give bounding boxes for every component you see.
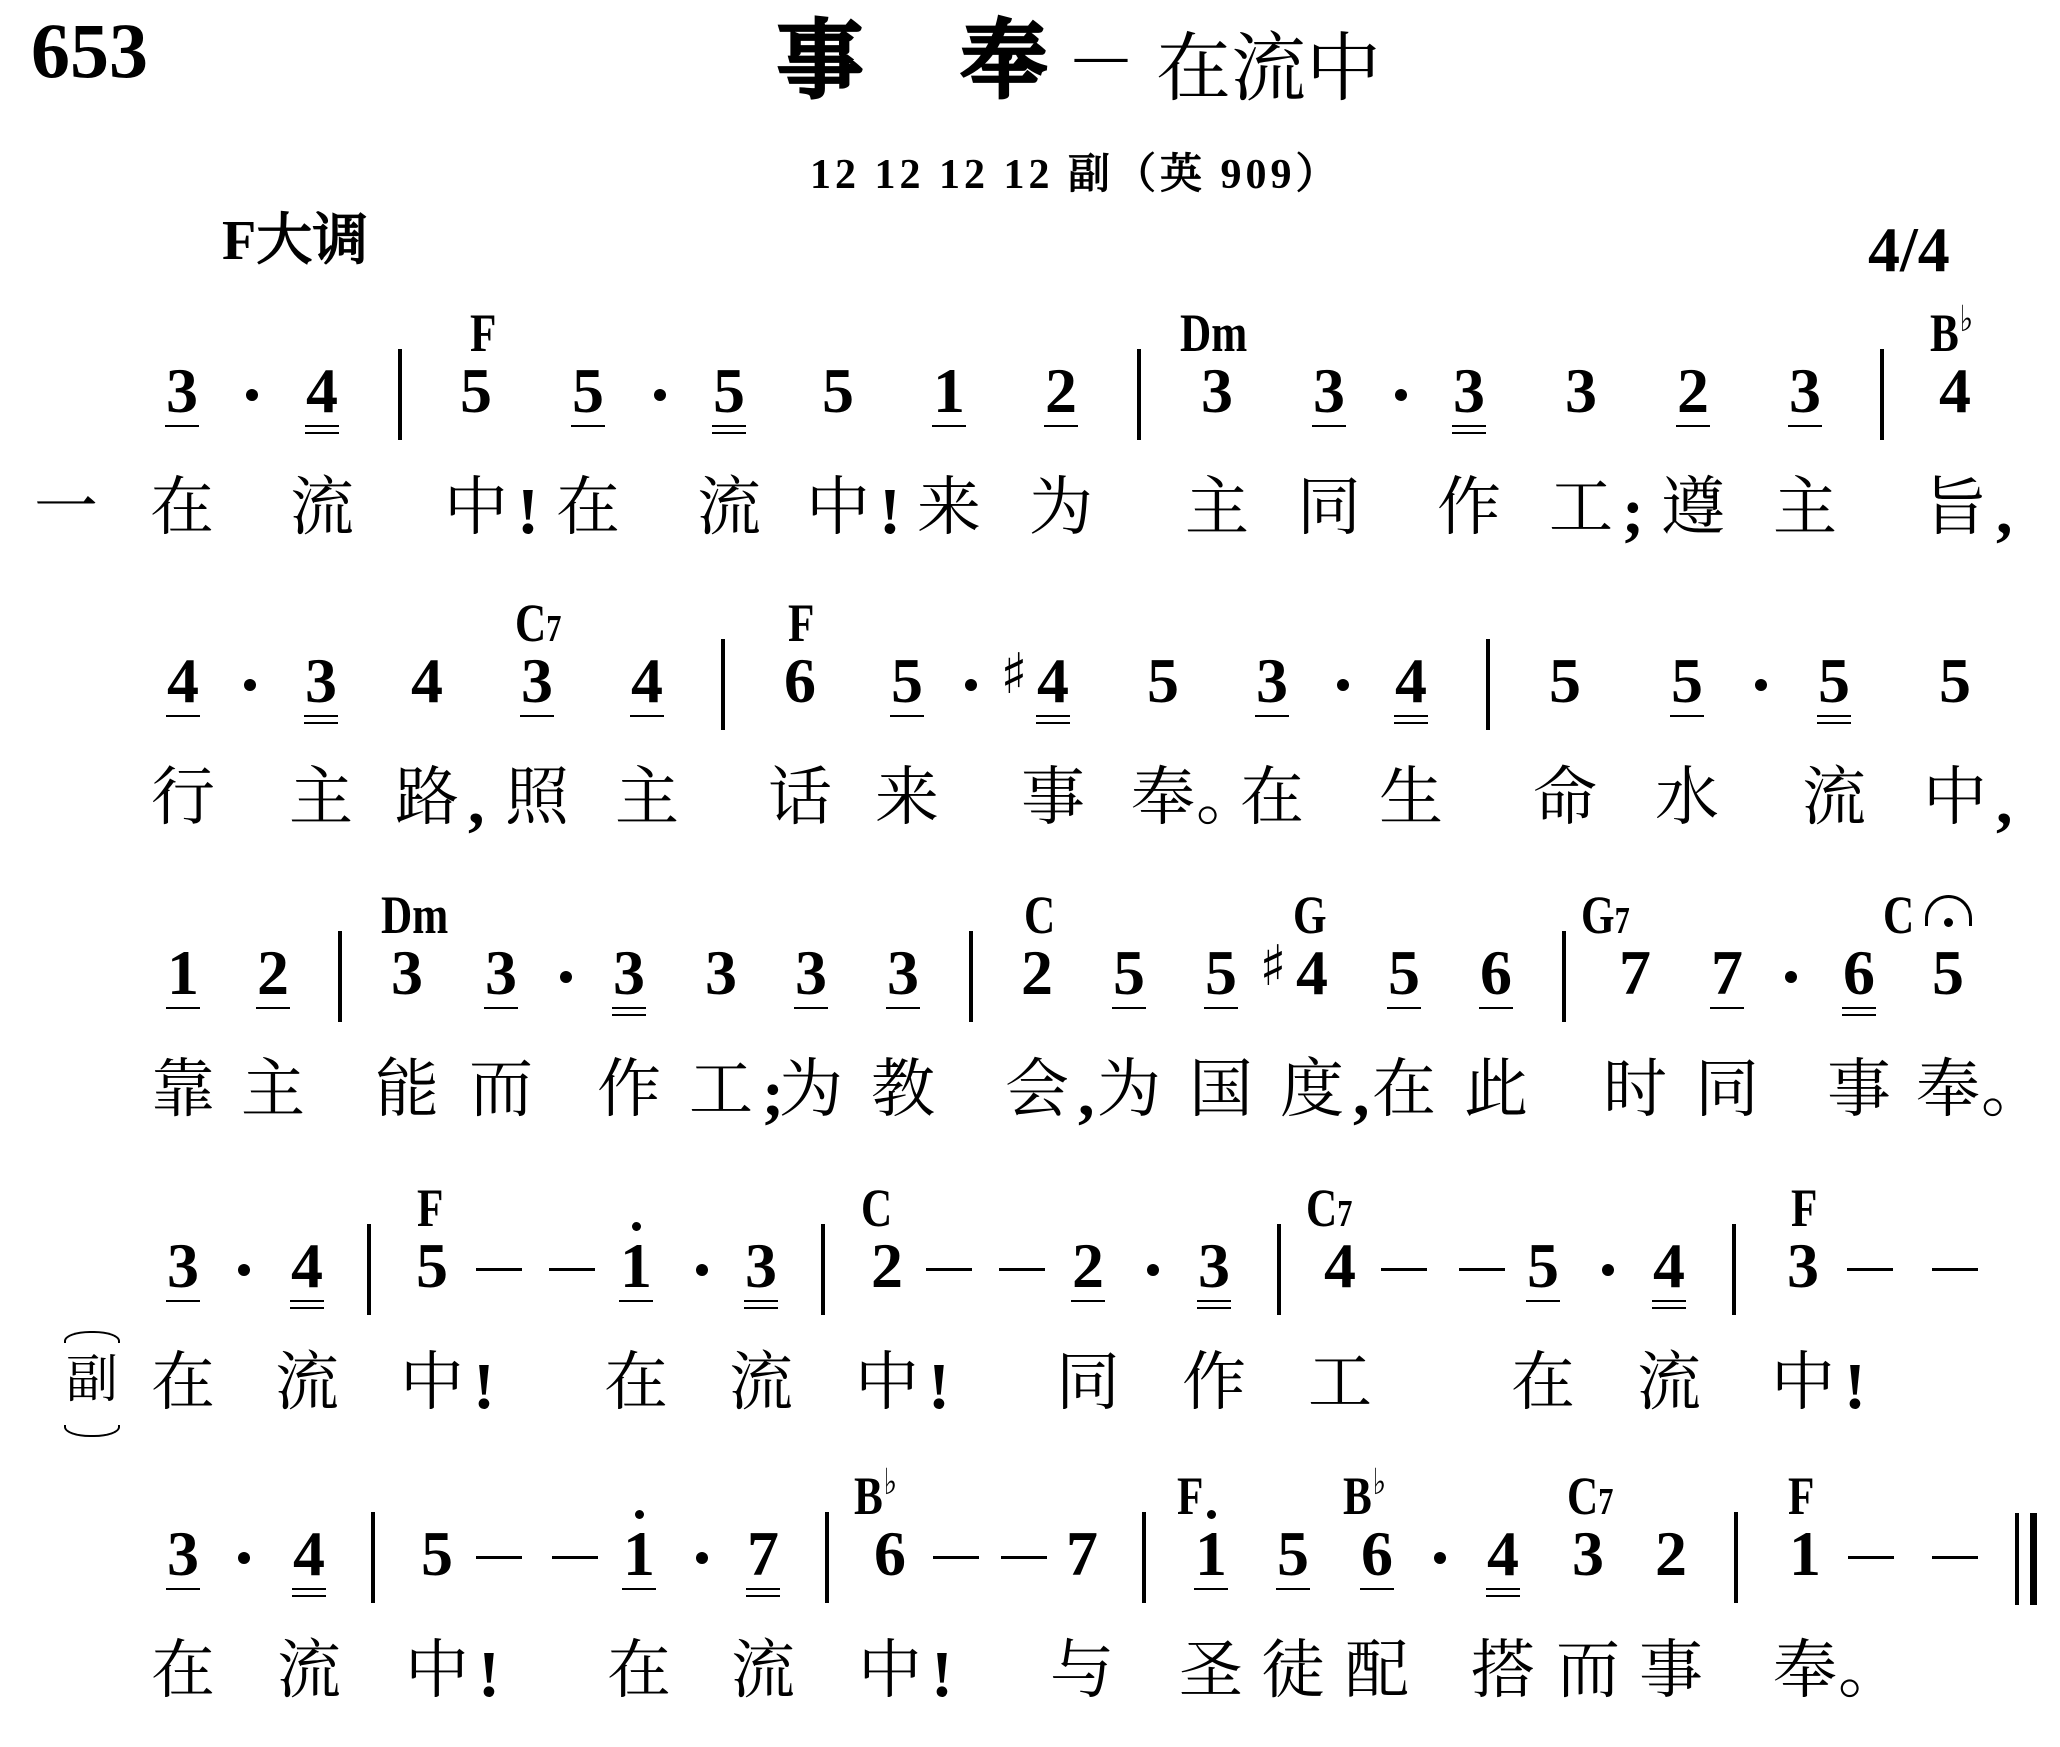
lyric-char: 奉 (1770, 1635, 1840, 1707)
lyric-punctuation: , (1353, 1058, 1370, 1130)
lyric-punctuation: ! (478, 1639, 500, 1711)
augmentation-dot (246, 389, 258, 401)
lyric-punctuation: ! (928, 1351, 950, 1423)
underline-beam (292, 1595, 326, 1597)
note-digit: 5 (1665, 649, 1709, 713)
underline-beam (304, 715, 338, 717)
note: 4 (161, 660, 205, 720)
lyric-syllable: 能 (372, 1054, 442, 1126)
underline-beam (1486, 1588, 1520, 1590)
note-digit: 4 (161, 649, 205, 713)
note-digit: 6 (1474, 941, 1518, 1005)
chord-symbol: B♭ (1930, 306, 1973, 360)
barline (1486, 639, 1490, 730)
underline-beam (630, 715, 664, 717)
lyric-syllable: 命 (1530, 762, 1600, 834)
underline-beam (256, 1007, 290, 1009)
augmentation-dot (238, 1264, 250, 1276)
lyric-char: 事 (1824, 1054, 1894, 1126)
underline-beam (1312, 425, 1346, 427)
chord-root: C (1024, 885, 1055, 945)
underline-beam (1652, 1307, 1686, 1309)
note-digit: 5 (454, 359, 498, 423)
note: 5 (415, 1533, 459, 1593)
lyric-punctuation: , (468, 766, 485, 838)
note-digit: 5 (1199, 941, 1243, 1005)
lyric-syllable: 搭 (1468, 1635, 1538, 1707)
note: 1 (617, 1533, 661, 1593)
underline-beam (1817, 722, 1851, 724)
lyric-punctuation: ! (879, 476, 901, 548)
lyric-syllable: 教 (868, 1054, 938, 1126)
lyric-syllable: 会, (1002, 1054, 1072, 1126)
chord-quality: 7 (546, 608, 561, 650)
lyric-char: 流 (694, 472, 764, 544)
note-digit: 4 (1389, 649, 1433, 713)
note-digit: 3 (1559, 359, 1603, 423)
lyric-syllable: 主 (1182, 472, 1252, 544)
sharp-icon: ♯ (1258, 938, 1288, 996)
octave-dot-icon (1207, 1510, 1216, 1519)
extension-dash (999, 1268, 1045, 1271)
note-digit: 5 (1933, 649, 1977, 713)
lyric-syllable: 在 (601, 1347, 671, 1419)
chord-root: C (861, 1178, 892, 1238)
note-digit: 4 (625, 649, 669, 713)
note: 3 (161, 1245, 205, 1305)
chord-symbol: F (788, 596, 814, 650)
lyric-char: 命 (1530, 762, 1600, 834)
lyric-syllable: 工; (686, 1054, 756, 1126)
flat-icon: ♭ (884, 1462, 898, 1503)
note-digit: 4 (1031, 649, 1075, 713)
underline-beam (1112, 1007, 1146, 1009)
underline-beam (1486, 1595, 1520, 1597)
note-digit: 2 (251, 941, 295, 1005)
note: 4 (1481, 1533, 1525, 1593)
underline-beam (1710, 1007, 1744, 1009)
barline (1734, 1512, 1738, 1603)
lyric-syllable: 来 (872, 762, 942, 834)
note: 3 (789, 952, 833, 1012)
refrain-label-text: 副 (64, 1351, 120, 1409)
note: 3 (1559, 370, 1603, 430)
extension-dash (549, 1268, 595, 1271)
note: 5 (1271, 1533, 1315, 1593)
chord-quality: 7 (1598, 1481, 1613, 1523)
lyric-syllable: 流 (287, 472, 357, 544)
augmentation-dot (1434, 1552, 1446, 1564)
lyric-syllable: 国 (1186, 1054, 1256, 1126)
extension-dash (1848, 1556, 1894, 1559)
chord-root: B (854, 1466, 883, 1526)
barline (1277, 1224, 1281, 1315)
underline-beam (1817, 715, 1851, 717)
note: 5 (1926, 952, 1970, 1012)
extension-dash (552, 1556, 598, 1559)
lyric-char: 在 (604, 1635, 674, 1707)
lyric-char: 度 (1277, 1054, 1347, 1126)
flat-icon: ♭ (1373, 1462, 1387, 1503)
note: 5 (454, 370, 498, 430)
lyric-syllable: 为 (1094, 1054, 1164, 1126)
note-digit: 4 (1647, 1234, 1691, 1298)
note: 6 (868, 1533, 912, 1593)
lyric-char: 靠 (148, 1054, 218, 1126)
lyric-syllable: 来 (914, 472, 984, 544)
chord-quality: m (1211, 303, 1247, 363)
lyric-syllable: 作 (1434, 472, 1504, 544)
note: 5 (1543, 660, 1587, 720)
lyric-syllable: 流 (728, 1635, 798, 1707)
lyric-syllable: 事 (1018, 762, 1088, 834)
note: 5 (885, 660, 929, 720)
lyric-char: 而 (466, 1054, 536, 1126)
note: 7 (741, 1533, 785, 1593)
lyric-syllable: 在 (553, 472, 623, 544)
lyric-char: 事 (1636, 1635, 1706, 1707)
lyric-char: 配 (1342, 1635, 1412, 1707)
note: 7 (1705, 952, 1749, 1012)
lyric-char: 在 (1508, 1347, 1578, 1419)
underline-beam (794, 1007, 828, 1009)
underline-beam (166, 1588, 200, 1590)
underline-beam (1036, 722, 1070, 724)
note: 1 (1189, 1533, 1233, 1593)
chord-root: F (788, 593, 814, 653)
note: 4 (405, 660, 449, 720)
lyric-char: 同 (1294, 472, 1364, 544)
note-digit: 5 (1543, 649, 1587, 713)
augmentation-dot (1785, 971, 1797, 983)
lyric-syllable: 主 (286, 762, 356, 834)
note-digit: 5 (1107, 941, 1151, 1005)
lyric-char: 在 (1237, 762, 1307, 834)
score: 一3在4流5F中!5在5流5中!1来2为3Dm主3同3作3工;2遵3主4B♭旨,… (0, 0, 2060, 1747)
lyric-char: 主 (612, 762, 682, 834)
note-digit: 4 (1318, 1234, 1362, 1298)
note-digit: 4 (1290, 941, 1334, 1005)
note-digit: 3 (479, 941, 523, 1005)
lyric-syllable: 在 (1369, 1054, 1439, 1126)
note-digit: 5 (1271, 1522, 1315, 1586)
augmentation-dot (696, 1264, 708, 1276)
note: 4 (287, 1533, 331, 1593)
note-digit: 3 (739, 1234, 783, 1298)
chord-root: G (1293, 885, 1327, 945)
note: 5 (1141, 660, 1185, 720)
note-digit: 3 (1192, 1234, 1236, 1298)
fermata-dot (1944, 918, 1953, 927)
lyric-char: 能 (372, 1054, 442, 1126)
chord-symbol: B♭ (1343, 1469, 1386, 1523)
augmentation-dot (1755, 679, 1767, 691)
final-barline-thick (2030, 1513, 2037, 1605)
lyric-syllable: 作 (1179, 1347, 1249, 1419)
underline-beam (712, 432, 746, 434)
bracket-bottom-icon (64, 1425, 120, 1437)
lyric-char: 作 (594, 1054, 664, 1126)
chord-root: F (1791, 1178, 1817, 1238)
lyric-char: 流 (272, 1347, 342, 1419)
note: 4 (300, 370, 344, 430)
underline-beam (1044, 425, 1078, 427)
lyric-char: 在 (1369, 1054, 1439, 1126)
underline-beam (1197, 1307, 1231, 1309)
note-digit: 3 (1781, 1234, 1825, 1298)
lyric-punctuation: ! (931, 1639, 953, 1711)
note: 3 (1566, 1533, 1610, 1593)
note: 5 (1665, 660, 1709, 720)
lyric-char: 与 (1047, 1635, 1117, 1707)
lyric-char: 工 (1305, 1347, 1375, 1419)
lyric-char: 同 (1053, 1347, 1123, 1419)
note: 3 (160, 370, 204, 430)
lyric-syllable: 中! (402, 1635, 472, 1707)
extension-dash (926, 1268, 972, 1271)
lyric-char: 主 (238, 1054, 308, 1126)
lyric-syllable: 在 (148, 1635, 218, 1707)
lyric-syllable: 流 (1799, 762, 1869, 834)
note-digit: 3 (1783, 359, 1827, 423)
lyric-char: 搭 (1468, 1635, 1538, 1707)
lyric-char: 在 (148, 1635, 218, 1707)
chord-root: D (381, 885, 412, 945)
lyric-char: 中 (855, 1635, 925, 1707)
extension-dash (1932, 1556, 1978, 1559)
chord-root: B (1343, 1466, 1372, 1526)
barline (1562, 931, 1566, 1022)
note-digit: 3 (881, 941, 925, 1005)
underline-beam (1479, 1007, 1513, 1009)
note: 3 (299, 660, 343, 720)
lyric-punctuation: , (1996, 476, 2013, 548)
sharp-icon: ♯ (999, 646, 1029, 704)
lyric-char: 在 (553, 472, 623, 544)
note-digit: 3 (160, 359, 204, 423)
note-digit: 5 (1141, 649, 1185, 713)
lyric-char: 中 (397, 1347, 467, 1419)
underline-beam (166, 1007, 200, 1009)
chord-quality: m (412, 885, 448, 945)
lyric-syllable: 中! (1768, 1347, 1838, 1419)
note-digit: 1 (617, 1522, 661, 1586)
underline-beam (619, 1300, 653, 1302)
lyric-syllable: 工 (1305, 1347, 1375, 1419)
lyric-char: 会 (1002, 1054, 1072, 1126)
lyric-char: 主 (286, 762, 356, 834)
lyric-syllable: 照 (502, 762, 572, 834)
underline-beam (712, 425, 746, 427)
note-digit: 3 (789, 941, 833, 1005)
note-digit: 3 (607, 941, 651, 1005)
augmentation-dot (1395, 389, 1407, 401)
lyric-char: 中 (1920, 762, 1990, 834)
lyric-syllable: 水 (1652, 762, 1722, 834)
note-digit: 4 (287, 1522, 331, 1586)
underline-beam (1652, 1300, 1686, 1302)
lyric-syllable: 此 (1461, 1054, 1531, 1126)
final-barline-thin (2015, 1513, 2019, 1605)
lyric-char: 照 (502, 762, 572, 834)
underline-beam (932, 425, 966, 427)
lyric-syllable: 同 (1294, 472, 1364, 544)
underline-beam (290, 1307, 324, 1309)
chord-symbol: F (1788, 1469, 1814, 1523)
lyric-punctuation: ! (473, 1351, 495, 1423)
chord-root: C (515, 593, 546, 653)
lyric-char: 流 (274, 1635, 344, 1707)
note-digit: 3 (1566, 1522, 1610, 1586)
note-digit: 3 (385, 941, 429, 1005)
chord-symbol: C7 (515, 596, 561, 656)
note: 3 (1192, 1245, 1236, 1305)
lyric-char: 作 (1434, 472, 1504, 544)
lyric-char: 工 (686, 1054, 756, 1126)
underline-beam (571, 425, 605, 427)
note: 3 (385, 952, 429, 1012)
note: 7 (1060, 1533, 1104, 1593)
note: 2 (1015, 952, 1059, 1012)
note-digit: 5 (885, 649, 929, 713)
lyric-char: 流 (287, 472, 357, 544)
note: 3 (1447, 370, 1491, 430)
note-digit: 4 (1933, 359, 1977, 423)
chord-root: B (1930, 303, 1959, 363)
underline-beam (292, 1588, 326, 1590)
underline-beam (746, 1595, 780, 1597)
chord-quality: 7 (1615, 900, 1630, 942)
chord-symbol: G7 (1581, 888, 1630, 948)
chord-root: C (1306, 1178, 1337, 1238)
lyric-punctuation: , (1078, 1058, 1095, 1130)
lyric-syllable: 流 (1634, 1347, 1704, 1419)
lyric-syllable: 圣 (1176, 1635, 1246, 1707)
lyric-syllable: 在 (147, 472, 217, 544)
note: 2 (251, 952, 295, 1012)
underline-beam (612, 1007, 646, 1009)
note-digit: 7 (1060, 1522, 1104, 1586)
chord-symbol: C (1883, 888, 1914, 942)
augmentation-dot (560, 971, 572, 983)
underline-beam (1204, 1007, 1238, 1009)
lyric-syllable: 奉。 (1770, 1635, 1840, 1707)
underline-beam (305, 432, 339, 434)
underline-beam (1452, 432, 1486, 434)
chord-symbol: Dm (381, 888, 448, 942)
note: 1 (927, 370, 971, 430)
bracket-top-icon (64, 1331, 120, 1343)
lyric-syllable: 生 (1376, 762, 1446, 834)
note: 6 (1474, 952, 1518, 1012)
lyric-char: 流 (728, 1635, 798, 1707)
underline-beam (166, 1300, 200, 1302)
underline-beam (886, 1007, 920, 1009)
chord-symbol: F (1791, 1181, 1817, 1235)
underline-beam (1452, 425, 1486, 427)
lyric-char: 作 (1179, 1347, 1249, 1419)
note-digit: 1 (1189, 1522, 1233, 1586)
note: 5 (707, 370, 751, 430)
extension-dash (476, 1556, 522, 1559)
lyric-char: 中 (852, 1347, 922, 1419)
barline (1732, 1224, 1736, 1315)
note-digit: 1 (1783, 1522, 1827, 1586)
note: 5 (566, 370, 610, 430)
augmentation-dot (238, 1552, 250, 1564)
note-digit: 6 (1837, 941, 1881, 1005)
note-digit: 6 (868, 1522, 912, 1586)
lyric-syllable: 同 (1053, 1347, 1123, 1419)
note-digit: 6 (1355, 1522, 1399, 1586)
lyric-syllable: 配 (1342, 1635, 1412, 1707)
lyric-char: 奉 (1128, 762, 1198, 834)
note: 4♯ (1290, 952, 1334, 1012)
lyric-syllable: 为 (1026, 472, 1096, 544)
note: 2 (1671, 370, 1715, 430)
verse-number: 一 (31, 472, 101, 544)
underline-beam (612, 1014, 646, 1016)
barline (969, 931, 973, 1022)
note-digit: 3 (1250, 649, 1294, 713)
lyric-char: 在 (147, 472, 217, 544)
barline (1142, 1512, 1146, 1603)
note-digit: 4 (1481, 1522, 1525, 1586)
note-digit: 1 (614, 1234, 658, 1298)
underline-beam (1526, 1300, 1560, 1302)
lyric-char: 同 (1692, 1054, 1762, 1126)
lyric-char: 此 (1461, 1054, 1531, 1126)
lyric-syllable: 而 (466, 1054, 536, 1126)
note-digit: 3 (515, 649, 559, 713)
underline-beam (290, 1300, 324, 1302)
lyric-syllable: 在 (1508, 1347, 1578, 1419)
note-digit: 2 (1649, 1522, 1693, 1586)
lyric-syllable: 路, (392, 762, 462, 834)
underline-beam (1842, 1007, 1876, 1009)
lyric-syllable: 事 (1824, 1054, 1894, 1126)
lyric-char: 来 (872, 762, 942, 834)
chord-symbol: C7 (1306, 1181, 1352, 1241)
lyric-char: 为 (1094, 1054, 1164, 1126)
lyric-syllable: 中! (803, 472, 873, 544)
augmentation-dot (1337, 679, 1349, 691)
extension-dash (1847, 1268, 1893, 1271)
underline-beam (744, 1300, 778, 1302)
chord-symbol: C (861, 1181, 892, 1235)
underline-beam (1394, 722, 1428, 724)
lyric-char: 中 (402, 1635, 472, 1707)
note-digit: 2 (1671, 359, 1715, 423)
chord-symbol: Dm (1180, 306, 1247, 360)
lyric-syllable: 作 (594, 1054, 664, 1126)
lyric-syllable: 中! (855, 1635, 925, 1707)
chord-quality: 7 (1337, 1193, 1352, 1235)
lyric-syllable: 靠 (148, 1054, 218, 1126)
note-digit: 2 (1039, 359, 1083, 423)
lyric-syllable: 与 (1047, 1635, 1117, 1707)
note-digit: 2 (1066, 1234, 1110, 1298)
underline-beam (1071, 1300, 1105, 1302)
lyric-syllable: 遵 (1658, 472, 1728, 544)
lyric-syllable: 工; (1546, 472, 1616, 544)
lyric-syllable: 中! (441, 472, 511, 544)
underline-beam (890, 715, 924, 717)
note: 2 (1039, 370, 1083, 430)
lyric-punctuation: ! (1844, 1351, 1866, 1423)
note: 5 (1382, 952, 1426, 1012)
note: 3 (479, 952, 523, 1012)
